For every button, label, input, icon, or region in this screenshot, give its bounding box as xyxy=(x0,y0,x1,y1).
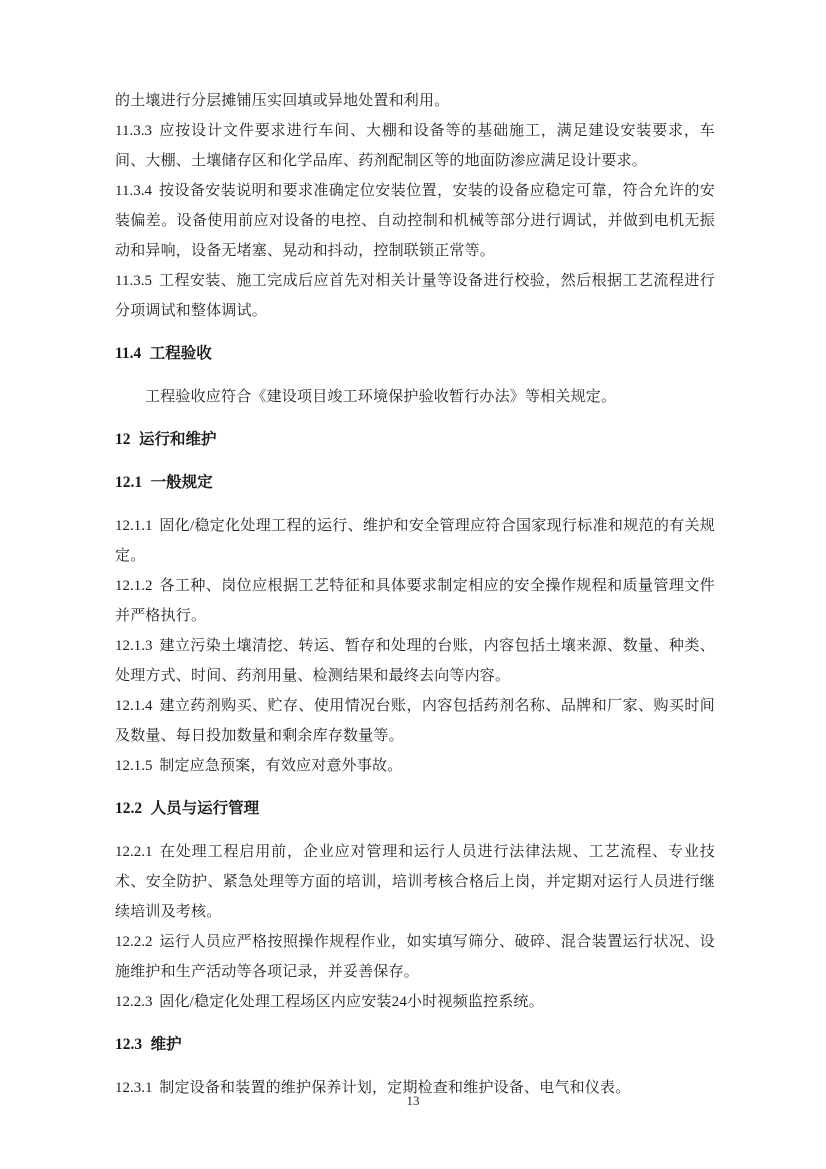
clause-number: 12.1.4 xyxy=(115,698,153,714)
heading-title: 维护 xyxy=(151,1036,182,1053)
chapter-heading-12: 12运行和维护 xyxy=(115,425,715,455)
heading-title: 运行和维护 xyxy=(139,431,217,448)
clause-text: 运行人员应严格按照操作规程作业，如实填写筛分、破碎、混合装置运行状况、设施维护和… xyxy=(115,934,715,980)
heading-title: 工程验收 xyxy=(150,345,212,362)
document-page: 的土壤进行分层摊铺压实回填或异地处置和利用。 11.3.3应按设计文件要求进行车… xyxy=(0,0,826,1169)
clause-11-3-4: 11.3.4按设备安装说明和要求准确定位安装位置，安装的设备应稳定可靠，符合允许… xyxy=(115,176,715,266)
clause-12-1-4: 12.1.4建立药剂购买、贮存、使用情况台账，内容包括药剂名称、品牌和厂家、购买… xyxy=(115,691,715,751)
clause-number: 12.1.3 xyxy=(115,638,153,654)
clause-number: 12.1.2 xyxy=(115,578,153,594)
clause-number: 11.3.3 xyxy=(115,123,152,139)
heading-title: 一般规定 xyxy=(151,474,213,491)
heading-number: 11.4 xyxy=(115,345,141,362)
clause-text: 制定应急预案，有效应对意外事故。 xyxy=(159,758,402,774)
heading-number: 12.3 xyxy=(115,1036,142,1053)
clause-number: 12.1.1 xyxy=(115,518,153,534)
clause-12-1-5: 12.1.5制定应急预案，有效应对意外事故。 xyxy=(115,751,715,781)
page-number: 13 xyxy=(0,1093,826,1109)
clause-12-2-3: 12.2.3固化/稳定化处理工程场区内应安装24小时视频监控系统。 xyxy=(115,987,715,1017)
document-body: 的土壤进行分层摊铺压实回填或异地处置和利用。 11.3.3应按设计文件要求进行车… xyxy=(115,86,715,1103)
clause-text: 工程安装、施工完成后应首先对相关计量等设备进行校验，然后根据工艺流程进行分项调试… xyxy=(115,273,715,319)
clause-number: 11.3.5 xyxy=(115,273,152,289)
clause-12-2-2: 12.2.2运行人员应严格按照操作规程作业，如实填写筛分、破碎、混合装置运行状况… xyxy=(115,927,715,987)
clause-12-1-2: 12.1.2各工种、岗位应根据工艺特征和具体要求制定相应的安全操作规程和质量管理… xyxy=(115,571,715,631)
clause-12-2-1: 12.2.1在处理工程启用前，企业应对管理和运行人员进行法律法规、工艺流程、专业… xyxy=(115,837,715,927)
section-heading-12-1: 12.1一般规定 xyxy=(115,468,715,498)
clause-text: 按设备安装说明和要求准确定位安装位置，安装的设备应稳定可靠，符合允许的安装偏差。… xyxy=(115,183,715,259)
clause-number: 12.2.3 xyxy=(115,994,153,1010)
clause-11-3-5: 11.3.5工程安装、施工完成后应首先对相关计量等设备进行校验，然后根据工艺流程… xyxy=(115,266,715,326)
clause-12-1-3: 12.1.3建立污染土壤清挖、转运、暂存和处理的台账，内容包括土壤来源、数量、种… xyxy=(115,631,715,691)
heading-number: 12.2 xyxy=(115,800,142,817)
clause-number: 12.1.5 xyxy=(115,758,153,774)
clause-text: 应按设计文件要求进行车间、大棚和设备等的基础施工，满足建设安装要求，车间、大棚、… xyxy=(115,123,715,169)
heading-number: 12 xyxy=(115,431,131,448)
section-heading-11-4: 11.4工程验收 xyxy=(115,339,715,369)
clause-text: 建立污染土壤清挖、转运、暂存和处理的台账，内容包括土壤来源、数量、种类、处理方式… xyxy=(115,638,715,684)
paragraph-continuation: 的土壤进行分层摊铺压实回填或异地处置和利用。 xyxy=(115,86,715,116)
clause-number: 12.2.1 xyxy=(115,844,153,860)
clause-number: 12.2.2 xyxy=(115,934,153,950)
clause-text: 在处理工程启用前，企业应对管理和运行人员进行法律法规、工艺流程、专业技术、安全防… xyxy=(115,844,715,920)
clause-number: 11.3.4 xyxy=(115,183,152,199)
paragraph-engineering-acceptance: 工程验收应符合《建设项目竣工环境保护验收暂行办法》等相关规定。 xyxy=(115,382,715,412)
clause-12-1-1: 12.1.1固化/稳定化处理工程的运行、维护和安全管理应符合国家现行标准和规范的… xyxy=(115,511,715,571)
heading-number: 12.1 xyxy=(115,474,142,491)
clause-text: 各工种、岗位应根据工艺特征和具体要求制定相应的安全操作规程和质量管理文件并严格执… xyxy=(115,578,715,624)
heading-title: 人员与运行管理 xyxy=(151,800,260,817)
section-heading-12-3: 12.3维护 xyxy=(115,1030,715,1060)
clause-text: 固化/稳定化处理工程的运行、维护和安全管理应符合国家现行标准和规范的有关规定。 xyxy=(115,518,715,564)
clause-text: 固化/稳定化处理工程场区内应安装24小时视频监控系统。 xyxy=(159,994,544,1010)
section-heading-12-2: 12.2人员与运行管理 xyxy=(115,794,715,824)
clause-11-3-3: 11.3.3应按设计文件要求进行车间、大棚和设备等的基础施工，满足建设安装要求，… xyxy=(115,116,715,176)
clause-text: 建立药剂购买、贮存、使用情况台账，内容包括药剂名称、品牌和厂家、购买时间及数量、… xyxy=(115,698,715,744)
